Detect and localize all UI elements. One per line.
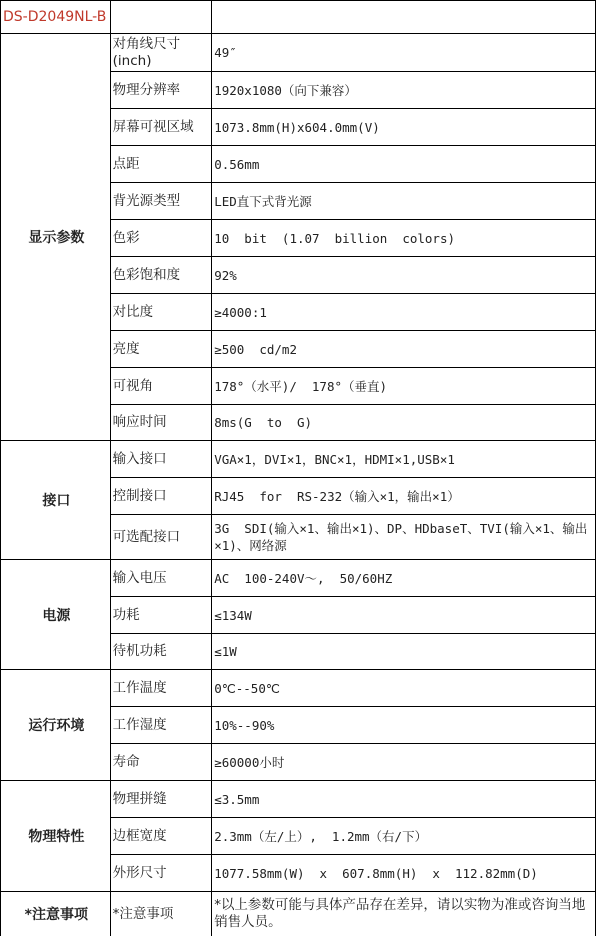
spec-value: 2.3mm（左/上）, 1.2mm（右/下） bbox=[212, 818, 596, 855]
category-cell: 显示参数 bbox=[1, 34, 111, 441]
spec-value: RJ45 for RS-232（输入×1，输出×1） bbox=[212, 478, 596, 515]
spec-value: ≥4000:1 bbox=[212, 294, 596, 331]
spec-label: 寿命 bbox=[110, 744, 212, 781]
spec-label: 输入电压 bbox=[110, 560, 212, 597]
spec-value: 0.56mm bbox=[212, 146, 596, 183]
spec-value: 1077.58mm(W) x 607.8mm(H) x 112.82mm(D) bbox=[212, 855, 596, 892]
spec-label: 边框宽度 bbox=[110, 818, 212, 855]
header-blank-3 bbox=[212, 1, 596, 34]
header-row: DS-D2049NL-B bbox=[1, 1, 596, 34]
spec-value: 8ms(G to G) bbox=[212, 405, 596, 441]
spec-row: 物理特性物理拼缝≤3.5mm bbox=[1, 781, 596, 818]
spec-label: 功耗 bbox=[110, 597, 212, 634]
spec-row: 运行环境工作温度0℃--50℃ bbox=[1, 670, 596, 707]
spec-label: 色彩 bbox=[110, 220, 212, 257]
category-cell: 接口 bbox=[1, 441, 111, 560]
header-blank-2 bbox=[110, 1, 212, 34]
category-cell: 电源 bbox=[1, 560, 111, 670]
spec-value: 178°（水平)/ 178°（垂直) bbox=[212, 368, 596, 405]
spec-label: 响应时间 bbox=[110, 405, 212, 441]
spec-table: DS-D2049NL-B 显示参数对角线尺寸 (inch)49″物理分辨率192… bbox=[0, 0, 596, 936]
spec-label: 背光源类型 bbox=[110, 183, 212, 220]
spec-value: 1920x1080（向下兼容） bbox=[212, 72, 596, 109]
spec-value: ≥500 cd/m2 bbox=[212, 331, 596, 368]
spec-value: LED直下式背光源 bbox=[212, 183, 596, 220]
spec-value: ≤1W bbox=[212, 634, 596, 670]
spec-label: 对比度 bbox=[110, 294, 212, 331]
spec-value: ≥60000小时 bbox=[212, 744, 596, 781]
spec-row: *注意事项*注意事项*以上参数可能与具体产品存在差异，请以实物为准或咨询当地销售… bbox=[1, 892, 596, 936]
spec-label: 亮度 bbox=[110, 331, 212, 368]
category-cell: *注意事项 bbox=[1, 892, 111, 936]
spec-value: *以上参数可能与具体产品存在差异，请以实物为准或咨询当地销售人员。 bbox=[212, 892, 596, 936]
spec-label: 屏幕可视区域 bbox=[110, 109, 212, 146]
spec-label: 控制接口 bbox=[110, 478, 212, 515]
spec-label: 工作湿度 bbox=[110, 707, 212, 744]
category-cell: 物理特性 bbox=[1, 781, 111, 892]
spec-label: 可视角 bbox=[110, 368, 212, 405]
category-cell: 运行环境 bbox=[1, 670, 111, 781]
spec-value: 1073.8mm(H)x604.0mm(V) bbox=[212, 109, 596, 146]
spec-value: 3G SDI(输入×1、输出×1)、DP、HDbaseT、TVI(输入×1、输出… bbox=[212, 515, 596, 560]
spec-label: *注意事项 bbox=[110, 892, 212, 936]
spec-label: 工作温度 bbox=[110, 670, 212, 707]
spec-label: 物理分辨率 bbox=[110, 72, 212, 109]
spec-label: 外形尺寸 bbox=[110, 855, 212, 892]
spec-label: 待机功耗 bbox=[110, 634, 212, 670]
spec-label: 物理拼缝 bbox=[110, 781, 212, 818]
spec-value: 0℃--50℃ bbox=[212, 670, 596, 707]
spec-value: AC 100-240V～, 50/60HZ bbox=[212, 560, 596, 597]
spec-label: 对角线尺寸 (inch) bbox=[110, 34, 212, 72]
spec-row: 显示参数对角线尺寸 (inch)49″ bbox=[1, 34, 596, 72]
spec-value: ≤3.5mm bbox=[212, 781, 596, 818]
spec-row: 电源输入电压AC 100-240V～, 50/60HZ bbox=[1, 560, 596, 597]
spec-row: 接口输入接口VGA×1，DVI×1，BNC×1，HDMI×1,USB×1 bbox=[1, 441, 596, 478]
spec-value: VGA×1，DVI×1，BNC×1，HDMI×1,USB×1 bbox=[212, 441, 596, 478]
spec-label: 可选配接口 bbox=[110, 515, 212, 560]
spec-label: 色彩饱和度 bbox=[110, 257, 212, 294]
spec-value: 49″ bbox=[212, 34, 596, 72]
model-name: DS-D2049NL-B bbox=[1, 1, 111, 34]
spec-value: 92% bbox=[212, 257, 596, 294]
spec-value: 10%--90% bbox=[212, 707, 596, 744]
spec-value: 10 bit (1.07 billion colors) bbox=[212, 220, 596, 257]
spec-value: ≤134W bbox=[212, 597, 596, 634]
spec-label: 输入接口 bbox=[110, 441, 212, 478]
spec-label: 点距 bbox=[110, 146, 212, 183]
